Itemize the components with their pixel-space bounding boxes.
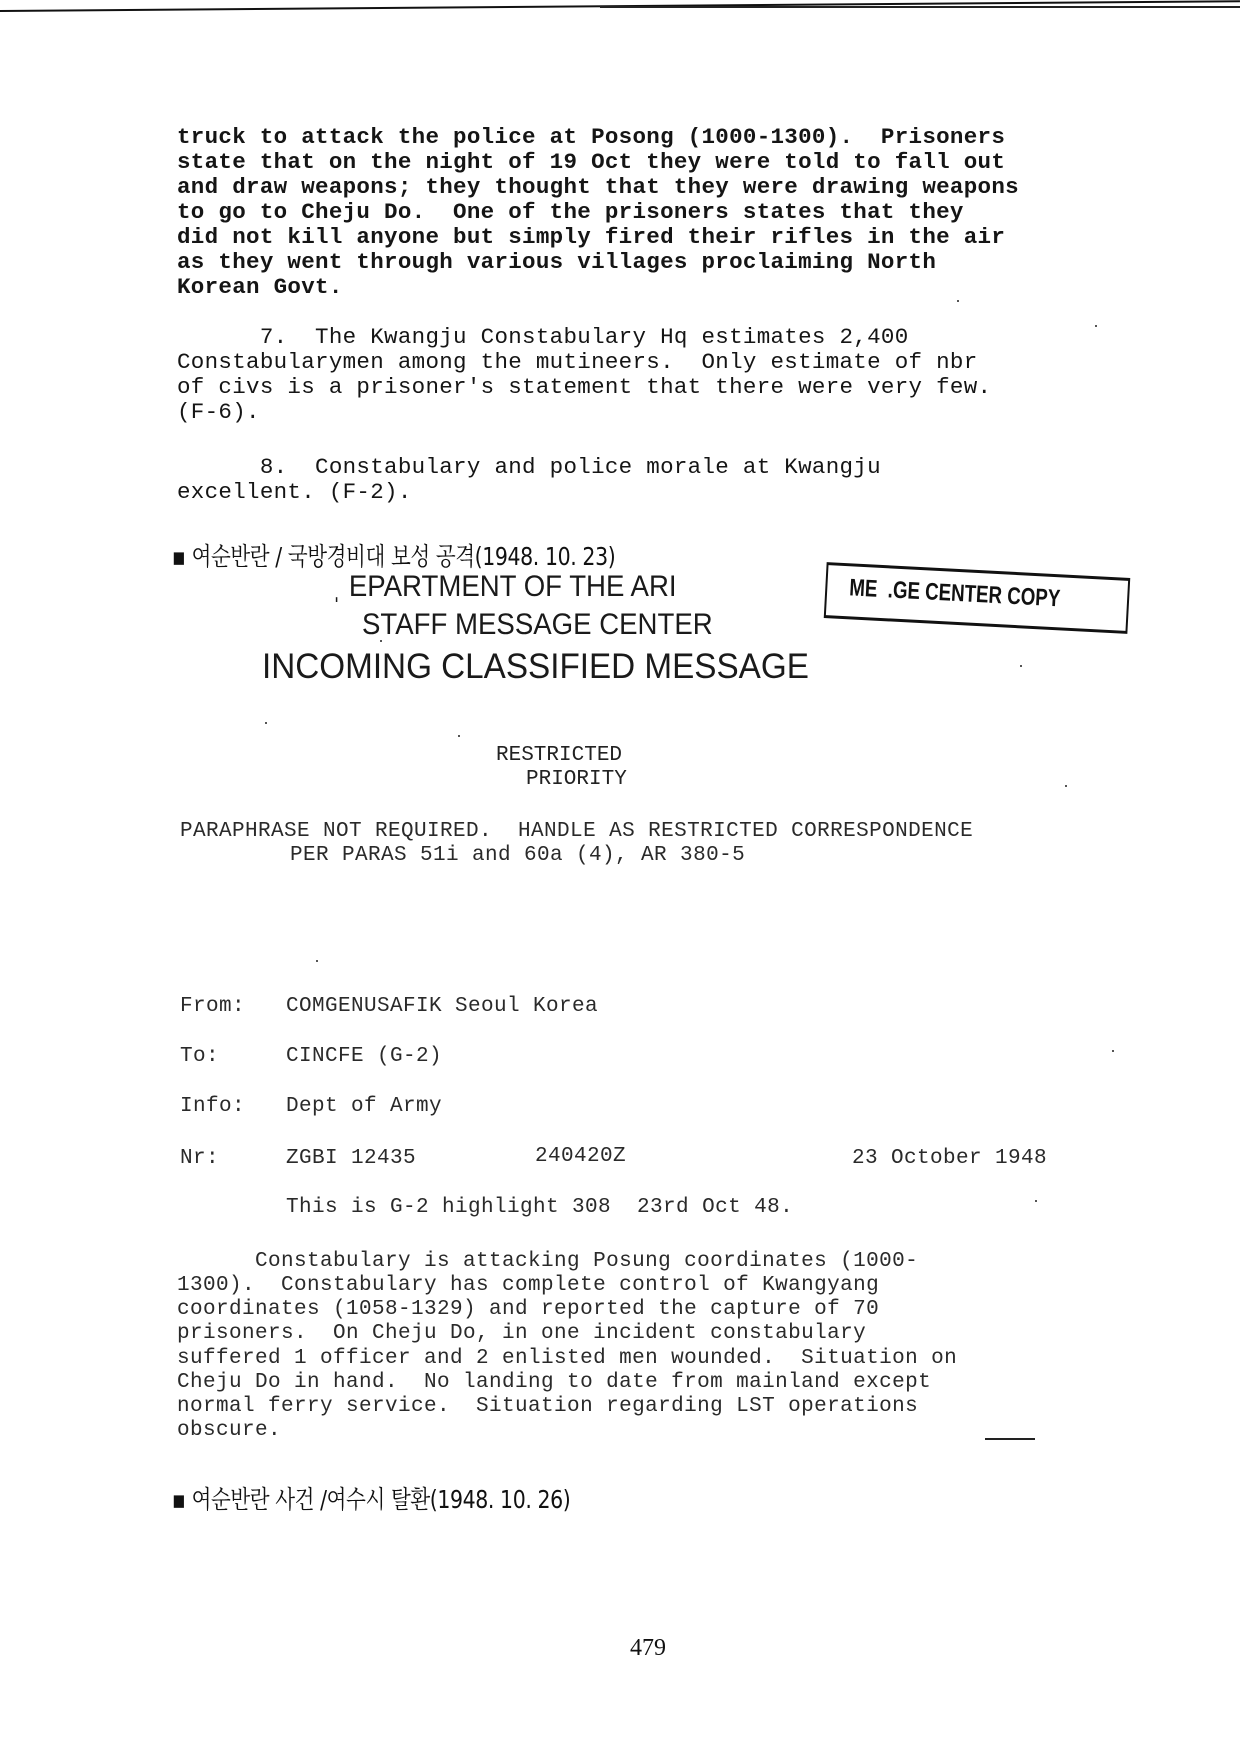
page-number: 479 [630,1635,666,1662]
message-date: 23 October 1948 [852,1147,1047,1172]
highlight-line: This is G-2 highlight 308 23rd Oct 48. [286,1196,793,1221]
text-line: to go to Cheju Do. One of the prisoners … [177,200,964,225]
korean-caption-2: ▪ 여순반란 사건 /여수시 탈환(1948. 10. 26) [172,1480,570,1516]
scan-speck [1112,1050,1114,1052]
info-label: Info: [180,1095,245,1120]
header-department: ˌ EPARTMENT OF THE ARI [332,570,677,604]
text-line: obscure. [177,1419,281,1444]
text-line: as they went through various villages pr… [177,250,936,275]
nr-label: Nr: [180,1147,219,1172]
scan-mark [985,1438,1035,1440]
text-line: Korean Govt. [177,275,343,300]
text-line: prisoners. On Cheju Do, in one incident … [177,1322,866,1347]
info-value: Dept of Army [286,1095,442,1120]
text-line: Constabularymen among the mutineers. Onl… [177,350,978,375]
text-line: (F-6). [177,400,260,425]
text-line: coordinates (1058-1329) and reported the… [177,1298,879,1323]
stamp-text: ME .GE CENTER COPY [849,574,1061,613]
scan-speck [316,960,318,962]
to-value: CINCFE (G-2) [286,1045,442,1070]
header-staff-message-center: STAFF MESSAGE CENTER [362,608,713,642]
text-line: 1300). Constabulary has complete control… [177,1274,879,1299]
text-line: state that on the night of 19 Oct they w… [177,150,1005,175]
classification-restricted: RESTRICTED [496,744,622,767]
text-line: normal ferry service. Situation regardin… [177,1395,918,1420]
text-line: excellent. (F-2). [177,480,412,505]
text-line: did not kill anyone but simply fired the… [177,225,1005,250]
text-line: Constabulary is attacking Posung coordin… [177,1250,918,1275]
text-line: Cheju Do in hand. No landing to date fro… [177,1371,931,1396]
scan-edge-rule [600,6,1240,8]
text-line: and draw weapons; they thought that they… [177,175,1019,200]
scan-speck [1020,665,1022,667]
header-incoming-classified-message: INCOMING CLASSIFIED MESSAGE [262,647,809,687]
scan-speck [1065,785,1067,787]
from-value: COMGENUSAFIK Seoul Korea [286,995,598,1020]
text-line: suffered 1 officer and 2 enlisted men wo… [177,1347,957,1372]
scan-speck [1035,1200,1037,1202]
precedence-priority: PRIORITY [526,768,627,791]
text-line: 8. Constabulary and police morale at Kwa… [177,455,881,480]
text-line: 7. The Kwangju Constabulary Hq estimates… [177,325,909,350]
scan-speck [380,640,382,642]
text-line: truck to attack the police at Posong (10… [177,125,1005,150]
scan-speck [265,722,267,724]
scan-speck [458,735,460,737]
text-line: of civs is a prisoner's statement that t… [177,375,991,400]
to-label: To: [180,1045,219,1070]
nr-value: ZGBI 12435 [286,1147,416,1172]
date-time-group: 240420Z [535,1145,626,1170]
handling-note-line-2: PER PARAS 51i and 60a (4), AR 380-5 [290,844,745,869]
scan-speck [1095,325,1097,327]
handling-note-line-1: PARAPHRASE NOT REQUIRED. HANDLE AS RESTR… [180,820,973,845]
scan-speck [957,300,959,302]
korean-caption-1: ▪ 여순반란 / 국방경비대 보성 공격(1948. 10. 23) [172,537,615,573]
message-center-copy-stamp: ME .GE CENTER COPY [824,562,1131,634]
from-label: From: [180,995,245,1020]
document-page: truck to attack the police at Posong (10… [0,0,1240,1755]
